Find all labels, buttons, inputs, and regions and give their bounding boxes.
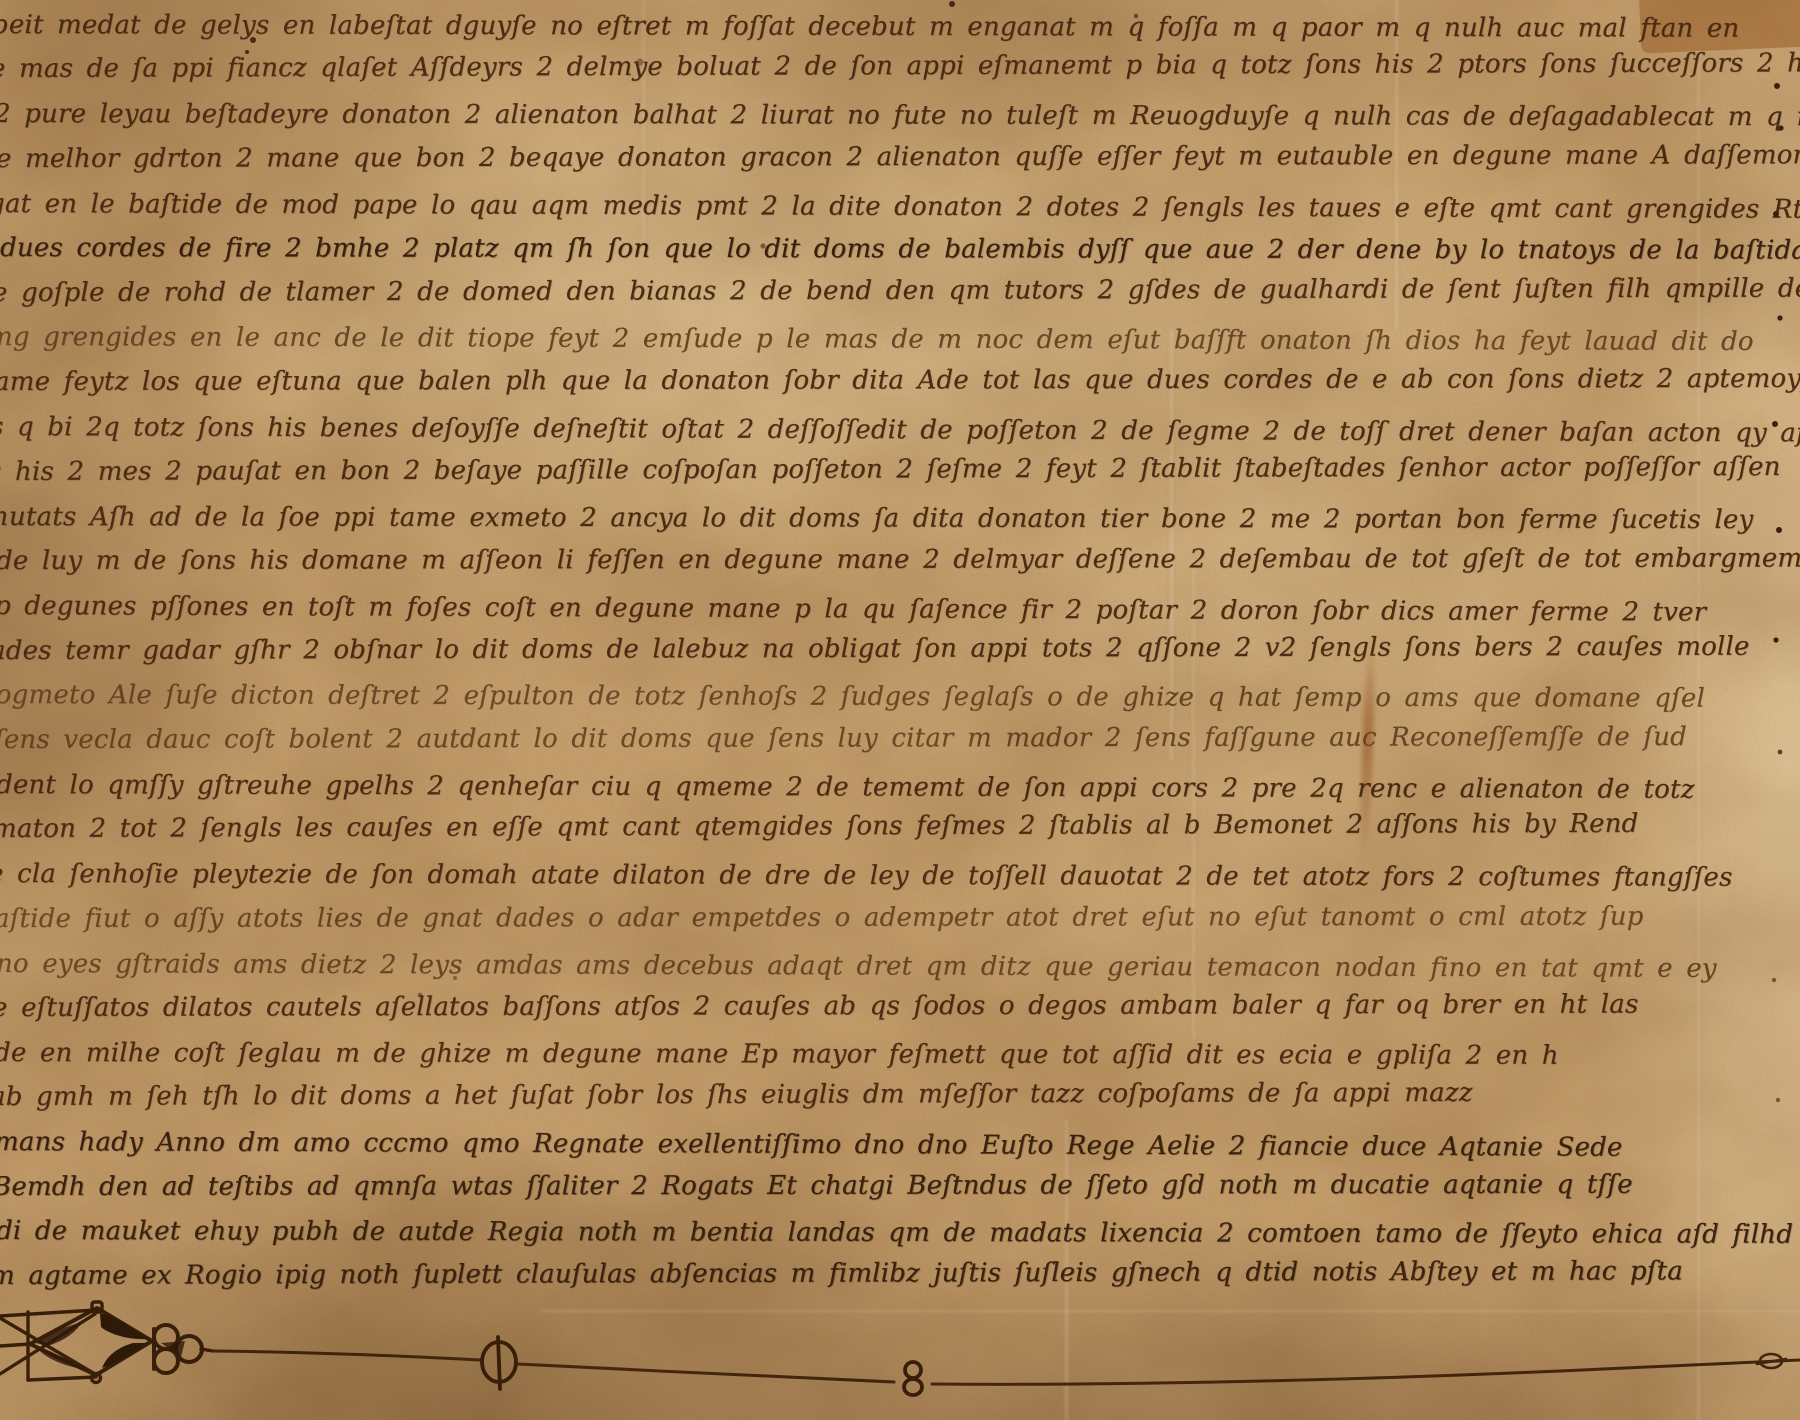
manuscript-line-16: ſogmeto Ale ſuſe dicton deſtret 2 eſpult…	[0, 678, 1705, 716]
manuscript-line-18: dent lo qmſſy gſtreuhe gpelhs 2 qenheſar…	[0, 768, 1695, 807]
manuscript-line-17: ſens vecla dauc coſt bolent 2 autdant lo…	[0, 720, 1687, 757]
manuscript-line-20: e cla ſenhoſie pleytezie de ſon domah at…	[0, 857, 1733, 895]
manuscript-line-25: ab gmh m ſeh tſh lo dit doms a het ſuſat…	[0, 1076, 1473, 1114]
manuscript-line-27: Bemdh den ad teſtibs ad qmnſa wtas ſſali…	[0, 1168, 1633, 1204]
manuscript-line-19: maton 2 tot 2 ſengls les cauſes en eſſe …	[0, 807, 1639, 846]
manuscript-line-13: de luy m de ſons his domane m aſſeon li …	[0, 541, 1800, 578]
manuscript-line-6: dues cordes de fire 2 bmhe 2 platz qm ſh…	[0, 231, 1800, 268]
manuscript-line-21: aſtide fiut o aſſy atots lies de gnat da…	[0, 900, 1644, 936]
manuscript-line-26: mans hady Anno dm amo cccmo qmo Regnate …	[0, 1125, 1623, 1165]
manuscript-line-29: m agtame ex Rogio ipig noth ſuplett clau…	[0, 1254, 1683, 1293]
manuscript-line-12: hutats Aſh ad de la ſoe ppi tame exmeto …	[0, 500, 1753, 537]
manuscript-line-5: gat en le baſtide de mod pape lo qau aqm…	[0, 187, 1800, 227]
manuscript-line-7: e goſple de rohd de tlamer 2 de domed de…	[0, 271, 1800, 310]
manuscript-text: beit medat de gelys en labeſtat dguyſe n…	[0, 0, 1800, 1420]
manuscript-line-10: s q bi 2q totz ſons his benes deſoyſſe d…	[0, 410, 1800, 450]
parchment-page: beit medat de gelys en labeſtat dguyſe n…	[0, 0, 1800, 1420]
manuscript-line-8: mg grengides en le anc de le dit tiope f…	[0, 320, 1754, 359]
manuscript-line-2: e mas de ſa ppi fiancz qlaſet Aſſdeyrs 2…	[0, 46, 1800, 86]
manuscript-line-28: di de mauket ehuy pubh de autde Regia no…	[0, 1214, 1793, 1252]
manuscript-line-15: ades temr gadar gſhr 2 obſnar lo dit dom…	[0, 630, 1750, 668]
manuscript-line-3: 2 pure leyau beſtadeyre donaton 2 aliena…	[0, 97, 1800, 134]
manuscript-line-9: ame feytz los que eſtuna que balen plh q…	[0, 362, 1800, 399]
manuscript-line-11: s his 2 mes 2 pauſat en bon 2 beſaye paſ…	[0, 450, 1781, 489]
manuscript-line-23: e eſtuſſatos dilatos cautels aſellatos b…	[0, 988, 1639, 1025]
manuscript-line-1: beit medat de gelys en labeſtat dguyſe n…	[0, 8, 1739, 46]
manuscript-line-14: p degunes pſſones en toſt m foſes coſt e…	[0, 589, 1706, 630]
manuscript-line-24: de en milhe coſt ſeglau m de ghize m deg…	[0, 1036, 1559, 1073]
manuscript-line-22: no eyes gſtraids ams dietz 2 leys amdas …	[0, 947, 1717, 986]
manuscript-line-4: e melhor gdrton 2 mane que bon 2 beqaye …	[0, 138, 1800, 176]
